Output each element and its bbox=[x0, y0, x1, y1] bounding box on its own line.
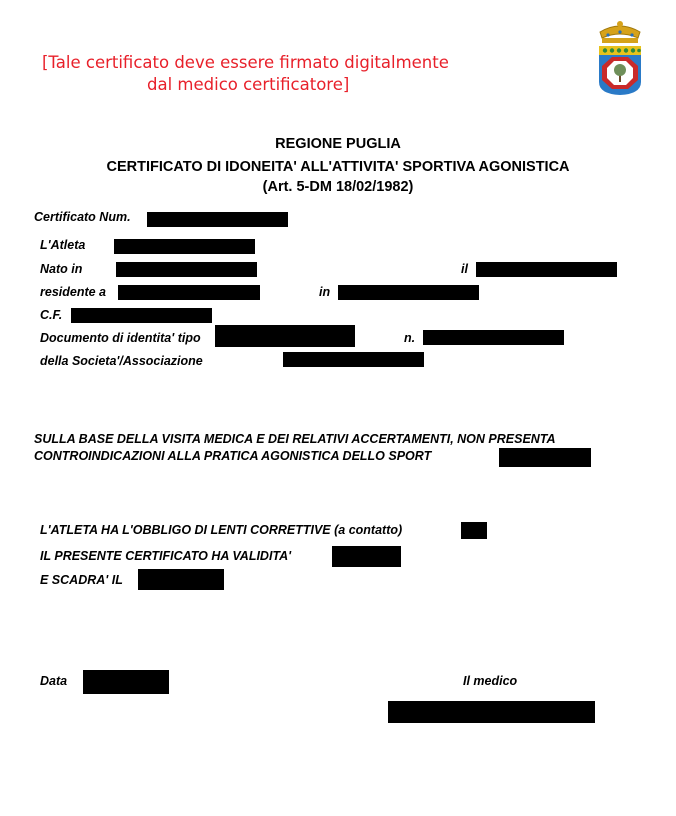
address-value-redacted bbox=[338, 285, 479, 300]
region-title: REGIONE PUGLIA bbox=[0, 136, 676, 152]
id-doc-type-label: Documento di identita' tipo bbox=[40, 331, 201, 345]
validity-value-redacted bbox=[332, 546, 401, 567]
sport-value-redacted bbox=[499, 448, 591, 467]
expiry-label: E SCADRA' IL bbox=[40, 573, 123, 587]
doctor-label: Il medico bbox=[463, 674, 517, 688]
tax-code-label: C.F. bbox=[40, 308, 62, 322]
digital-signature-notice-line1: [Tale certificato deve essere firmato di… bbox=[42, 52, 449, 74]
club-value-redacted bbox=[283, 352, 424, 367]
certificate-num-label: Certificato Num. bbox=[34, 210, 131, 224]
id-doc-num-value-redacted bbox=[423, 330, 564, 345]
resident-value-redacted bbox=[118, 285, 260, 300]
certificate-num-value-redacted bbox=[147, 212, 288, 227]
date-label: Data bbox=[40, 674, 67, 688]
club-label: della Societa'/Associazione bbox=[40, 354, 203, 368]
lenses-label: L'ATLETA HA L'OBBLIGO DI LENTI CORRETTIV… bbox=[40, 523, 402, 537]
certificate-title: CERTIFICATO DI IDONEITA' ALL'ATTIVITA' S… bbox=[0, 159, 676, 175]
id-doc-type-value-redacted bbox=[215, 325, 355, 347]
date-value-redacted bbox=[83, 670, 169, 694]
lenses-value-redacted bbox=[461, 522, 487, 539]
digital-signature-notice-line2: dal medico certificatore] bbox=[147, 74, 349, 96]
born-in-value-redacted bbox=[116, 262, 257, 277]
doctor-signature-redacted bbox=[388, 701, 595, 723]
regione-puglia-crest-icon bbox=[596, 18, 644, 96]
athlete-label: L'Atleta bbox=[40, 238, 85, 252]
expiry-value-redacted bbox=[138, 569, 224, 590]
validity-label: IL PRESENTE CERTIFICATO HA VALIDITA' bbox=[40, 549, 291, 563]
statement-line1: SULLA BASE DELLA VISITA MEDICA E DEI REL… bbox=[34, 432, 556, 446]
address-label: in bbox=[319, 285, 330, 299]
certificate-subtitle: (Art. 5-DM 18/02/1982) bbox=[0, 179, 676, 195]
id-doc-num-label: n. bbox=[404, 331, 415, 345]
statement-line2: CONTROINDICAZIONI ALLA PRATICA AGONISTIC… bbox=[34, 449, 431, 463]
athlete-value-redacted bbox=[114, 239, 255, 254]
tax-code-value-redacted bbox=[71, 308, 212, 323]
born-in-label: Nato in bbox=[40, 262, 82, 276]
resident-label: residente a bbox=[40, 285, 106, 299]
born-on-value-redacted bbox=[476, 262, 617, 277]
born-on-label: il bbox=[461, 262, 468, 276]
